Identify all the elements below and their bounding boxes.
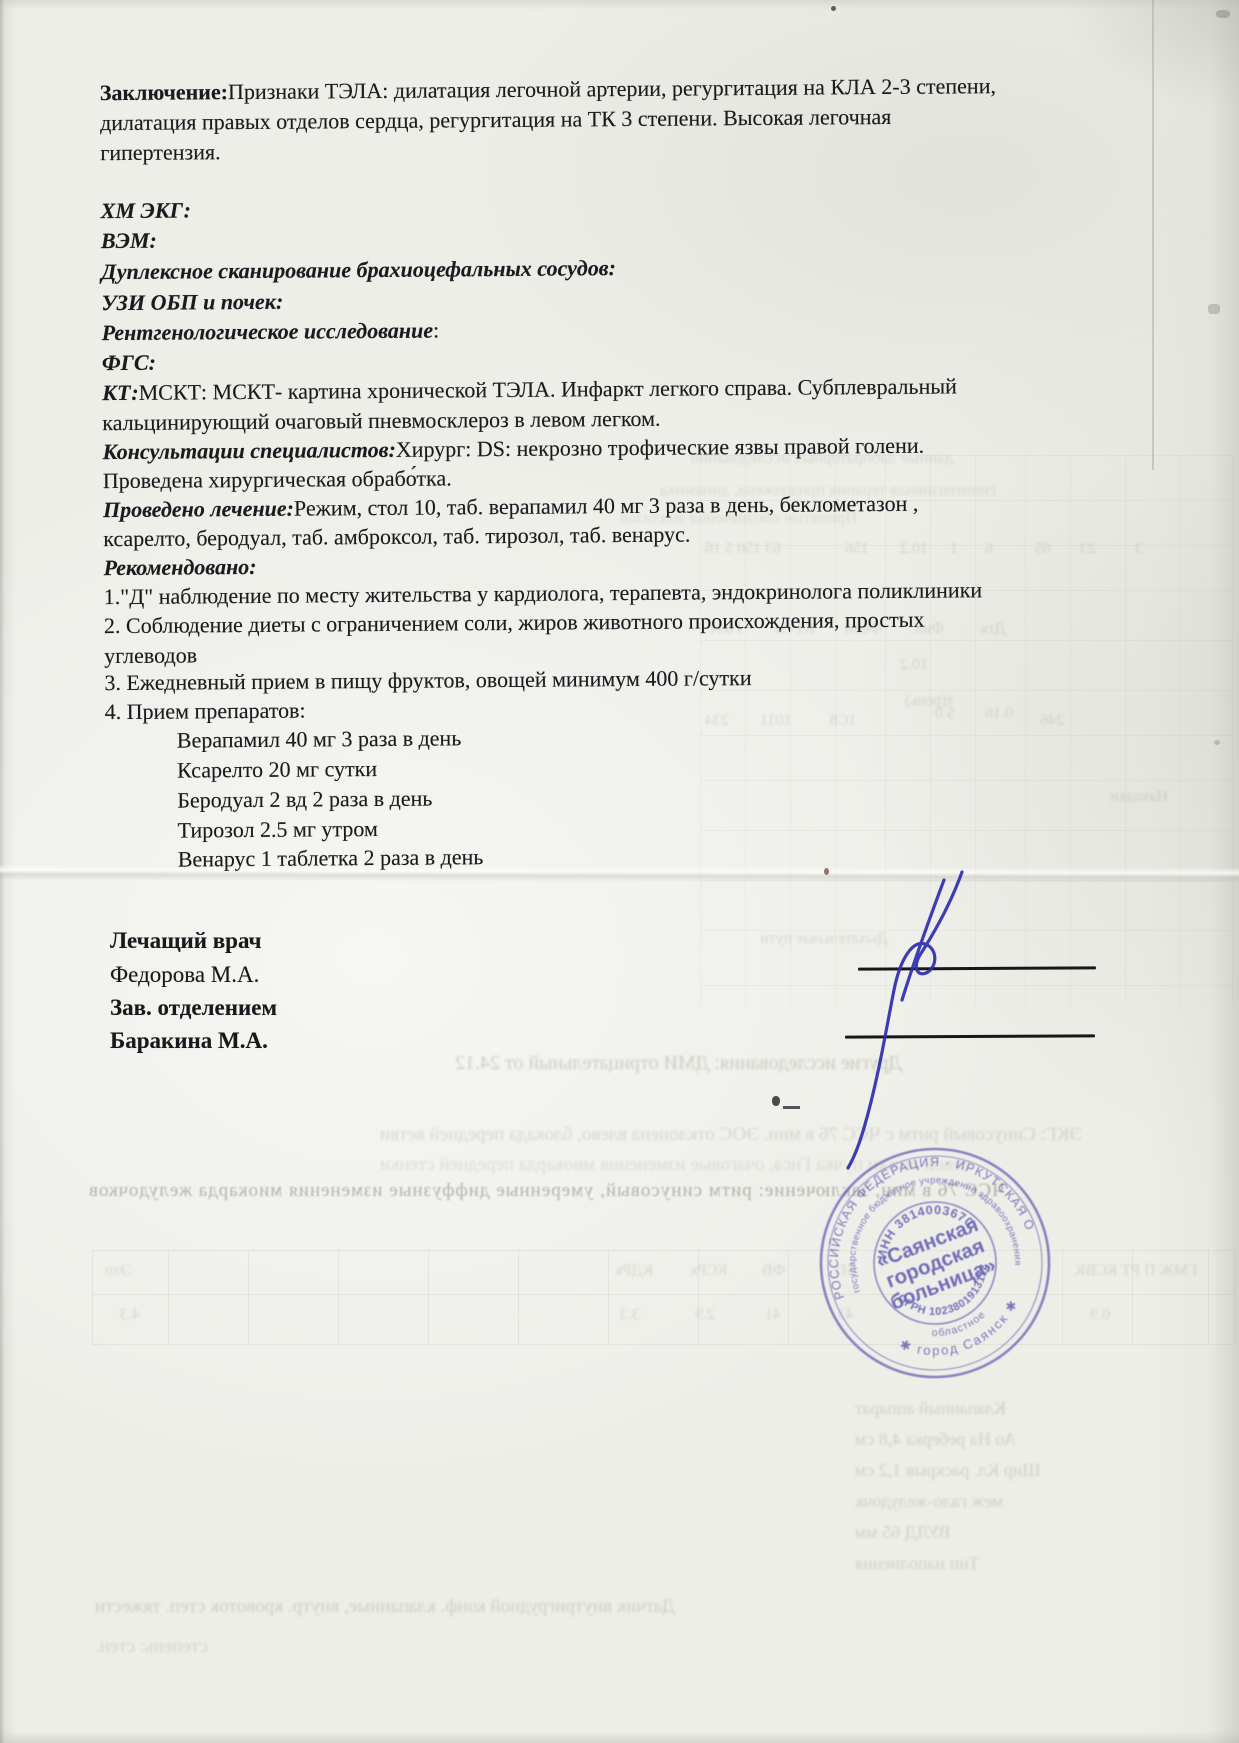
- doc-line: Тирозол 2.5 мг утром: [177, 814, 377, 845]
- doc-line: Беродуал 2 вд 2 раза в день: [177, 784, 432, 815]
- physician-line: Зав. отделением: [110, 992, 277, 1023]
- ink-speck: [772, 1096, 780, 1106]
- doc-line: КТ:МСКТ: МСКТ- картина хронической ТЭЛА.…: [102, 371, 957, 407]
- hospital-round-stamp: РОССИЙСКАЯ ФЕДЕРАЦИЯ · ИРКУТСКАЯ ОБЛАСТЬ…: [810, 1138, 1060, 1388]
- ink-speck: [1216, 10, 1230, 18]
- doc-line: Дуплексное сканирование брахиоцефальных …: [101, 253, 616, 286]
- ink-speck: [831, 6, 836, 11]
- ink-speck: [1208, 304, 1220, 314]
- doc-line: Проведено лечение:Режим, стол 10, таб. в…: [103, 489, 918, 524]
- physician-line: Баракина М.А.: [110, 1025, 268, 1056]
- ink-speck: [1214, 740, 1220, 745]
- doc-line: ксарелто, беродуал, таб. амброксол, таб.…: [103, 520, 690, 554]
- doc-line: 2. Соблюдение диеты с ограничением соли,…: [104, 605, 925, 640]
- doc-line: 4. Прием препаратов:: [105, 696, 306, 727]
- doc-line: углеводов: [104, 640, 197, 670]
- doc-line: Рентгенологическое исследование:: [102, 316, 440, 348]
- ink-speck: [824, 868, 829, 875]
- doc-line: 3. Ежедневный прием в пищу фруктов, овощ…: [104, 663, 751, 697]
- scanned-medical-document: данные лабораторных исследованийгипотенз…: [0, 0, 1239, 1743]
- doc-line: дилатация правых отделов сердца, регурги…: [100, 102, 892, 137]
- physician-line: Федорова М.А.: [110, 959, 259, 990]
- doc-line: ФГС:: [102, 348, 156, 377]
- doc-line: Консультации специалистов:Хирург: DS: не…: [102, 431, 924, 466]
- doc-line: Ксарелто 20 мг сутки: [177, 754, 377, 785]
- doc-line: УЗИ ОБП и почек:: [101, 287, 283, 317]
- pen-signature: [820, 860, 990, 1180]
- doc-line: ХМ ЭКГ:: [101, 195, 191, 225]
- physician-line: Лечащий врач: [110, 925, 262, 956]
- ink-speck: [783, 1106, 800, 1109]
- stamp-center-name: «Саянская городская больница»: [871, 1212, 999, 1314]
- doc-line: кальцинирующий очаговый пневмосклероз в …: [102, 404, 660, 437]
- doc-line: Верапамил 40 мг 3 раза в день: [177, 723, 462, 754]
- document-text: Заключение:Признаки ТЭЛА: дилатация лего…: [0, 0, 1239, 1743]
- doc-line: Рекомендовано:: [103, 552, 256, 582]
- doc-line: Проведена хирургическая обрабо́тка.: [103, 463, 452, 495]
- doc-line: Венарус 1 таблетка 2 раза в день: [178, 842, 484, 873]
- doc-line: гипертензия.: [100, 137, 221, 167]
- doc-line: ВЭМ:: [101, 226, 157, 255]
